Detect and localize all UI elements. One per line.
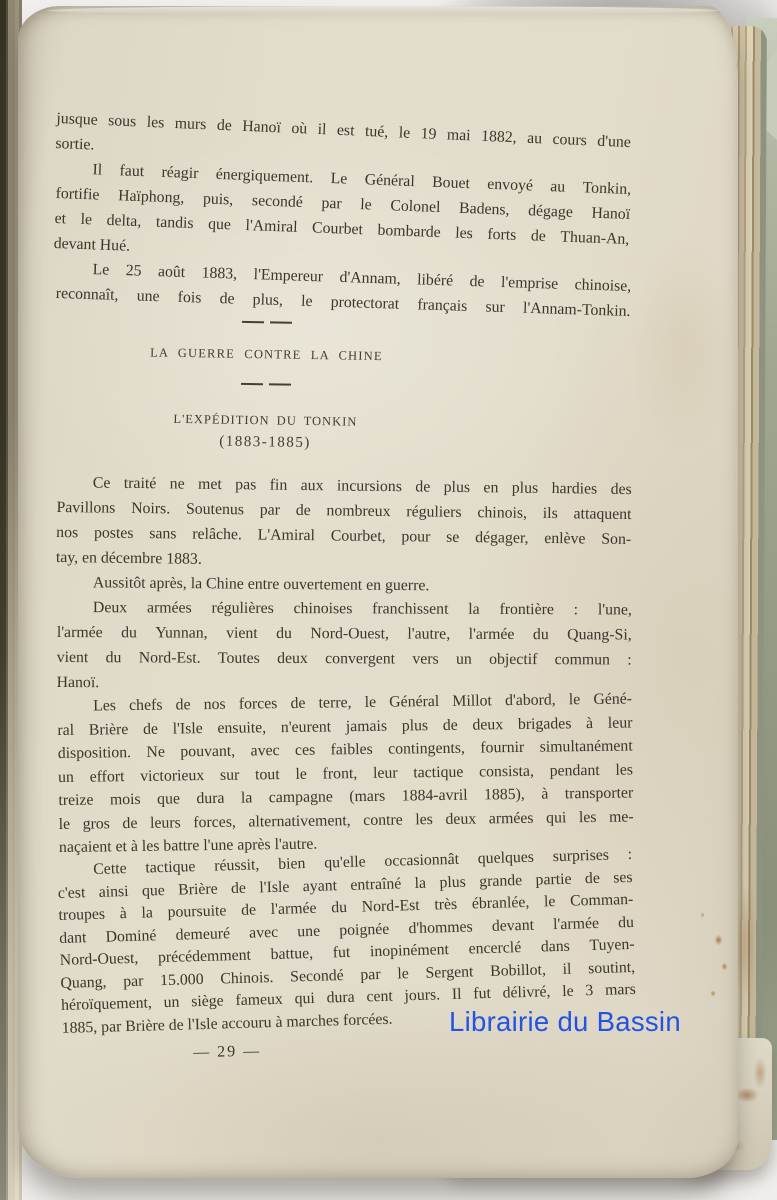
paper-stain xyxy=(618,216,748,476)
subsection-title: L'EXPÉDITION DU TONKIN xyxy=(55,409,475,432)
foxing-stain xyxy=(752,1054,768,1092)
photo-scene: jusquesouslesmursdeHanoïoùilesttué,le19m… xyxy=(0,0,777,1200)
section-heading: LA GUERRE CONTRE LA CHINE L'EXPÉDITION D… xyxy=(55,318,477,455)
foxing-spot xyxy=(714,934,723,946)
paragraph: Deuxarméesrégulièreschinoisesfranchissen… xyxy=(57,595,632,698)
decorative-rule xyxy=(241,383,291,386)
foxing-spot xyxy=(721,962,728,971)
decorative-rule xyxy=(242,321,292,324)
text-line: l'arméeduYunnan,vientduNord-Ouest,l'autr… xyxy=(57,620,632,648)
paragraph: Leschefsdenosforcesdeterre,leGénéralMill… xyxy=(57,687,634,859)
subsection-years: (1883-1885) xyxy=(55,430,475,455)
section-title: LA GUERRE CONTRE LA CHINE xyxy=(56,344,476,366)
foxing-spot xyxy=(710,990,716,997)
paragraph: Cetraiténemetpasfinauxincursionsdeplusen… xyxy=(56,470,632,577)
page-text: jusquesouslesmursdeHanoïoùilesttué,le19m… xyxy=(57,106,632,1066)
foxing-spot xyxy=(700,912,705,918)
text-line: vientduNord-Est.Toutesdeuxconvergentvers… xyxy=(57,645,632,673)
text-line: Deuxarméesrégulièreschinoisesfranchissen… xyxy=(57,595,632,623)
page-number: — 29 — xyxy=(57,1038,397,1065)
seller-watermark: Librairie du Bassin xyxy=(449,1006,681,1038)
book-page: jusquesouslesmursdeHanoïoùilesttué,le19m… xyxy=(18,6,738,1178)
